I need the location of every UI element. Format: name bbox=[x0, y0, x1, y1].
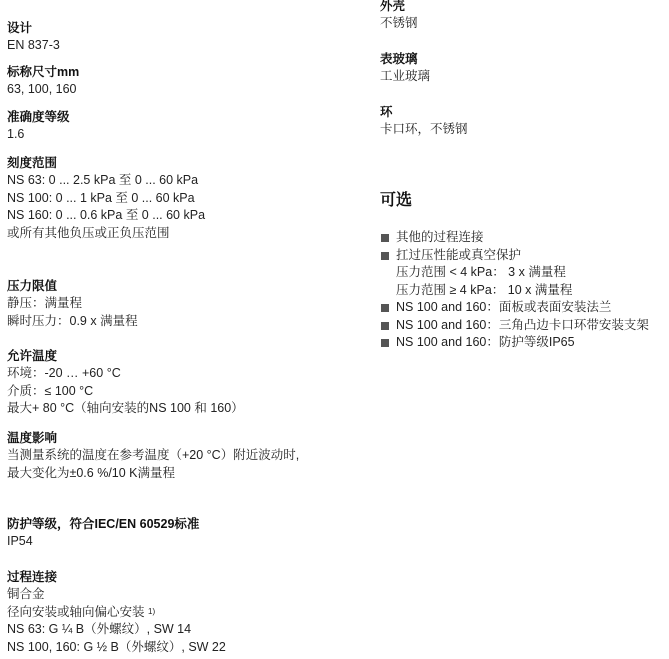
footnote-mark: 1) bbox=[148, 607, 155, 616]
option-item: NS 100 and 160：防护等级IP65 bbox=[380, 334, 669, 352]
spec-value: NS 100: 0 ... 1 kPa 至 0 ... 60 kPa bbox=[7, 190, 347, 208]
spec-heading: 压力限值 bbox=[7, 278, 347, 295]
bullet-square-icon bbox=[381, 304, 389, 312]
spec-nominal-size: 标称尺寸mm 63, 100, 160 bbox=[7, 64, 347, 99]
spec-process-connection: 过程连接 铜合金 径向安装或轴向偏心安装 1) NS 63: G ¼ B（外螺纹… bbox=[7, 569, 347, 656]
spec-heading: 准确度等级 bbox=[7, 109, 347, 126]
spec-heading: 设计 bbox=[7, 20, 347, 37]
spec-value: 最大+ 80 °C（轴向安装的NS 100 和 160） bbox=[7, 400, 347, 418]
spec-value: NS 63: G ¼ B（外螺纹）, SW 14 bbox=[7, 621, 347, 639]
spec-temperature-effect: 温度影响 当测量系统的温度在参考温度（+20 °C）附近波动时, 最大变化为±0… bbox=[7, 430, 347, 482]
spec-heading: 防护等级，符合IEC/EN 60529标准 bbox=[7, 516, 347, 533]
spec-value: 不锈钢 bbox=[380, 15, 669, 33]
spec-value: IP54 bbox=[7, 533, 347, 551]
option-item: 其他的过程连接 bbox=[380, 229, 669, 247]
spec-scale-range: 刻度范围 NS 63: 0 ... 2.5 kPa 至 0 ... 60 kPa… bbox=[7, 155, 347, 242]
option-item: 扛过压性能或真空保护 压力范围 < 4 kPa： 3 x 满量程 压力范围 ≥ … bbox=[380, 247, 669, 300]
spec-value: 径向安装或轴向偏心安装 bbox=[7, 605, 145, 619]
spec-heading: 刻度范围 bbox=[7, 155, 347, 172]
option-item: NS 100 and 160：面板或表面安装法兰 bbox=[380, 299, 669, 317]
spec-window: 表玻璃 工业玻璃 bbox=[380, 51, 669, 86]
spec-heading: 外壳 bbox=[380, 0, 669, 15]
spec-heading: 标称尺寸mm bbox=[7, 64, 347, 81]
spec-value: EN 837-3 bbox=[7, 37, 347, 55]
spec-heading: 温度影响 bbox=[7, 430, 347, 447]
spec-heading: 过程连接 bbox=[7, 569, 347, 586]
options-list-container: 其他的过程连接 扛过压性能或真空保护 压力范围 < 4 kPa： 3 x 满量程… bbox=[380, 229, 669, 352]
option-label: NS 100 and 160：面板或表面安装法兰 bbox=[396, 300, 611, 314]
bullet-square-icon bbox=[381, 322, 389, 330]
spec-value: NS 63: 0 ... 2.5 kPa 至 0 ... 60 kPa bbox=[7, 172, 347, 190]
option-label: NS 100 and 160：防护等级IP65 bbox=[396, 335, 575, 349]
spec-value: 静压：满量程 bbox=[7, 295, 347, 313]
spec-case: 外壳 不锈钢 bbox=[380, 0, 669, 33]
spec-pressure-limits: 压力限值 静压：满量程 瞬时压力：0.9 x 满量程 bbox=[7, 278, 347, 330]
option-item: NS 100 and 160：三角凸边卡口环带安装支架 bbox=[380, 317, 669, 335]
spec-value: 介质：≤ 100 °C bbox=[7, 383, 347, 401]
spec-value: 当测量系统的温度在参考温度（+20 °C）附近波动时, bbox=[7, 447, 347, 465]
spec-value: 或所有其他负压或正负压范围 bbox=[7, 225, 347, 243]
spec-value: 最大变化为±0.6 %/10 K满量程 bbox=[7, 465, 347, 483]
spec-value: 1.6 bbox=[7, 126, 347, 144]
option-label: 扛过压性能或真空保护 bbox=[396, 248, 521, 262]
spec-ring: 环 卡口环，不锈钢 bbox=[380, 104, 669, 139]
spec-value: NS 160: 0 ... 0.6 kPa 至 0 ... 60 kPa bbox=[7, 207, 347, 225]
bullet-square-icon bbox=[381, 234, 389, 242]
spec-value: 工业玻璃 bbox=[380, 68, 669, 86]
spec-permissible-temperature: 允许温度 环境：-20 … +60 °C 介质：≤ 100 °C 最大+ 80 … bbox=[7, 348, 347, 418]
spec-value: 瞬时压力：0.9 x 满量程 bbox=[7, 313, 347, 331]
bullet-square-icon bbox=[381, 252, 389, 260]
option-sub-line: 压力范围 < 4 kPa： 3 x 满量程 bbox=[396, 264, 669, 282]
options-list: 其他的过程连接 扛过压性能或真空保护 压力范围 < 4 kPa： 3 x 满量程… bbox=[380, 229, 669, 352]
option-sub-line: 压力范围 ≥ 4 kPa： 10 x 满量程 bbox=[396, 282, 669, 300]
spec-value-with-footnote: 径向安装或轴向偏心安装 1) bbox=[7, 604, 347, 622]
option-label: 其他的过程连接 bbox=[396, 230, 484, 244]
spec-value: 63, 100, 160 bbox=[7, 81, 347, 99]
spec-value: 环境：-20 … +60 °C bbox=[7, 365, 347, 383]
spec-value: 铜合金 bbox=[7, 586, 347, 604]
spec-heading: 表玻璃 bbox=[380, 51, 669, 68]
spec-design: 设计 EN 837-3 bbox=[7, 20, 347, 55]
spec-value: 卡口环，不锈钢 bbox=[380, 121, 669, 139]
spec-ingress-protection: 防护等级，符合IEC/EN 60529标准 IP54 bbox=[7, 516, 347, 551]
options-section: 可选 bbox=[380, 191, 669, 211]
spec-value: NS 100, 160: G ½ B（外螺纹）, SW 22 bbox=[7, 639, 347, 657]
options-heading: 可选 bbox=[380, 191, 669, 211]
spec-accuracy-class: 准确度等级 1.6 bbox=[7, 109, 347, 144]
bullet-square-icon bbox=[381, 339, 389, 347]
option-label: NS 100 and 160：三角凸边卡口环带安装支架 bbox=[396, 318, 649, 332]
spec-heading: 环 bbox=[380, 104, 669, 121]
spec-heading: 允许温度 bbox=[7, 348, 347, 365]
